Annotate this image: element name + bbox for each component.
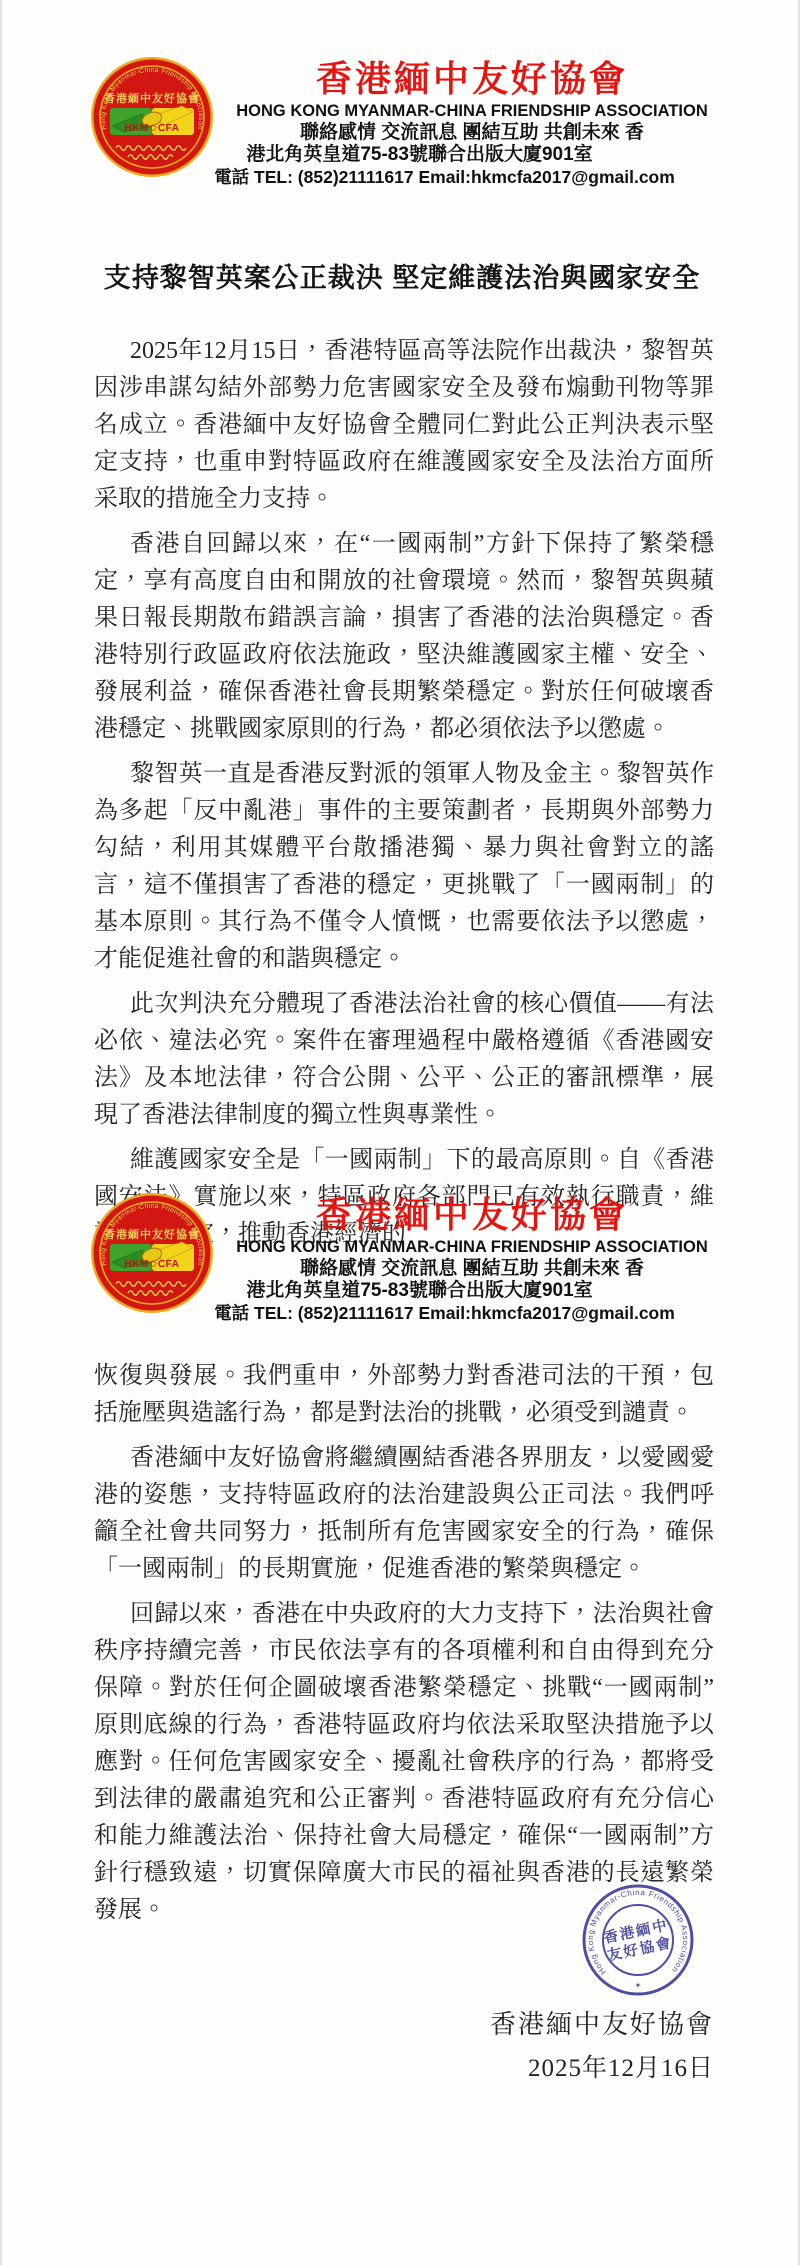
org-name-en: HONG KONG MYANMAR-CHINA FRIENDSHIP ASSOC… bbox=[207, 1236, 737, 1258]
paragraph-8: 回歸以來，香港在中央政府的大力支持下，法治與社會秩序持續完善，市民依法享有的各項… bbox=[94, 1596, 714, 1929]
logo-acronym: HKM✩CFA bbox=[125, 1259, 180, 1270]
org-motto: 聯絡感情 交流訊息 團結互助 共創未來 香 bbox=[207, 122, 737, 144]
org-motto: 聯絡感情 交流訊息 團結互助 共創未來 香 bbox=[207, 1258, 737, 1280]
paragraph-3: 黎智英一直是香港反對派的領軍人物及金主。黎智英作為多起「反中亂港」事件的主要策劃… bbox=[94, 756, 714, 978]
letterhead-text: 香港緬中友好協會 HONG KONG MYANMAR-CHINA FRIENDS… bbox=[207, 58, 737, 189]
association-seal: Hong Kong Myanmar-China Friendship Assoc… bbox=[580, 1882, 696, 1998]
association-logo: Hong Kong Myanmar-China Friendship Assoc… bbox=[90, 56, 214, 178]
page2-body: 恢復與發展。我們重申，外部勢力對香港司法的干預，包括施壓與造謠行為，都是對法治的… bbox=[94, 1358, 714, 1937]
page1-body: 2025年12月15日，香港特區高等法院作出裁決，黎智英因涉串謀勾結外部勢力危害… bbox=[94, 333, 714, 1261]
org-contact: 電話 TEL: (852)21111617 Email:hkmcfa2017@g… bbox=[207, 1302, 737, 1325]
signature-org-name: 香港緬中友好協會 bbox=[94, 2004, 714, 2041]
paragraph-4: 此次判決充分體現了香港法治社會的核心價值——有法必依、違法必究。案件在審理過程中… bbox=[94, 986, 714, 1134]
association-logo: Hong Kong Myanmar-China Friendship Assoc… bbox=[90, 1192, 214, 1314]
logo-name-zh: 香港緬中友好協會 bbox=[104, 1227, 200, 1241]
seal-bottom-star-icon: ✦ bbox=[635, 1981, 642, 1990]
document-title: 支持黎智英案公正裁決 堅定維護法治與國家安全 bbox=[2, 256, 800, 295]
logo-acronym: HKM✩CFA bbox=[125, 123, 180, 134]
logo-name-zh: 香港緬中友好協會 bbox=[104, 91, 200, 105]
org-name-en: HONG KONG MYANMAR-CHINA FRIENDSHIP ASSOC… bbox=[207, 100, 737, 122]
org-contact: 電話 TEL: (852)21111617 Email:hkmcfa2017@g… bbox=[207, 166, 737, 189]
letterhead-page1: Hong Kong Myanmar-China Friendship Assoc… bbox=[2, 52, 800, 192]
org-name-zh: 香港緬中友好協會 bbox=[207, 1194, 737, 1236]
letterhead-text: 香港緬中友好協會 HONG KONG MYANMAR-CHINA FRIENDS… bbox=[207, 1194, 737, 1325]
paragraph-7: 香港緬中友好協會將繼續團結香港各界朋友，以愛國愛港的姿態，支持特區政府的法治建設… bbox=[94, 1440, 714, 1588]
org-address: 港北角英皇道75-83號聯合出版大廈901室 bbox=[207, 144, 737, 166]
paragraph-1: 2025年12月15日，香港特區高等法院作出裁決，黎智英因涉串謀勾結外部勢力危害… bbox=[94, 333, 714, 518]
scanned-letter-page: Hong Kong Myanmar-China Friendship Assoc… bbox=[0, 0, 800, 2265]
org-name-zh: 香港緬中友好協會 bbox=[207, 58, 737, 100]
paragraph-6: 恢復與發展。我們重申，外部勢力對香港司法的干預，包括施壓與造謠行為，都是對法治的… bbox=[94, 1358, 714, 1432]
org-address: 港北角英皇道75-83號聯合出版大廈901室 bbox=[207, 1280, 737, 1302]
signature-date: 2025年12月16日 bbox=[94, 2048, 714, 2084]
paragraph-2: 香港自回歸以來，在“一國兩制”方針下保持了繁榮穩定，享有高度自由和開放的社會環境… bbox=[94, 526, 714, 748]
letterhead-page2: Hong Kong Myanmar-China Friendship Assoc… bbox=[2, 1188, 800, 1328]
